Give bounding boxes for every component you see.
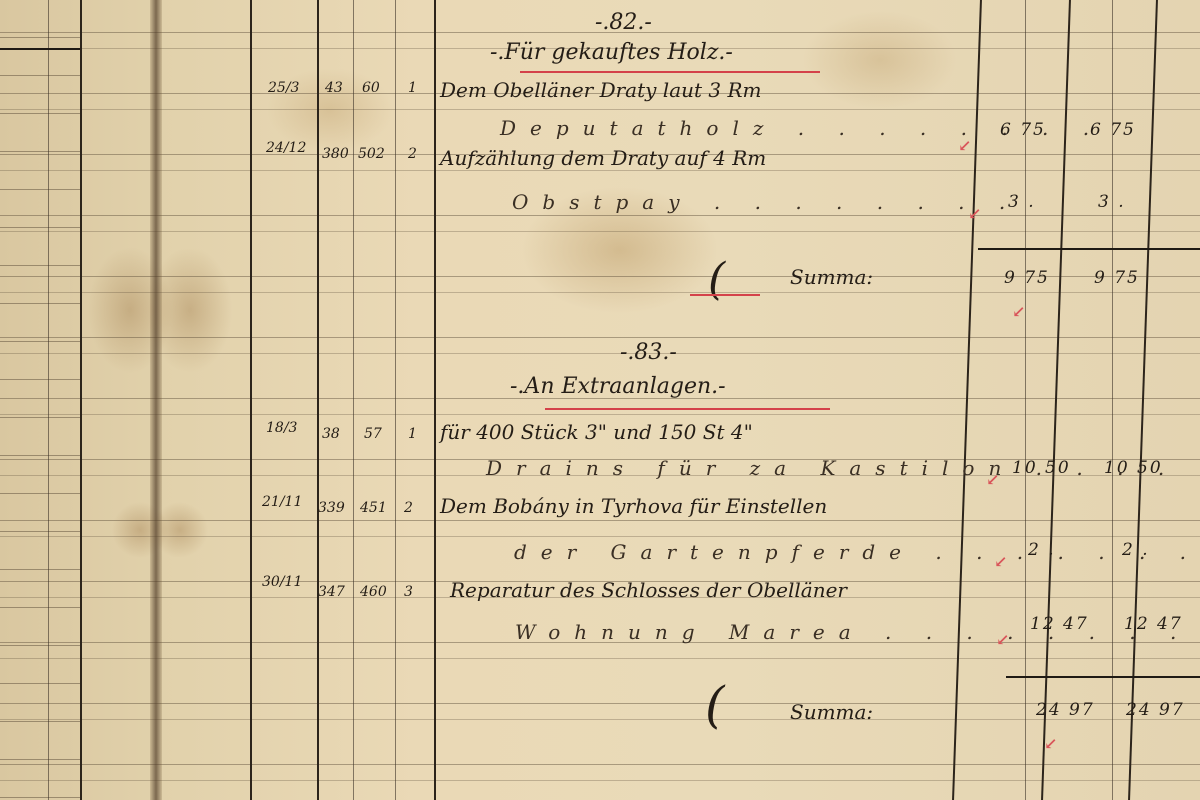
entry-description-line2: der Gartenpferde . . . . . . . . [514,540,1200,564]
section-number-82: -.82.- [595,10,652,35]
entry-description-line2: Drains für za Kastilon . . . . . . [486,456,1200,480]
entry-description-line1: für 400 Stück 3" und 150 St 4" [440,420,753,444]
summa-label-82: Summa: [790,265,873,289]
left-page-rule [0,48,80,50]
entry-ref2: 502 [358,146,385,162]
entry-description-line1: Dem Bobány in Tyrhova für Einstellen [440,494,827,518]
subtotal-rule-83 [1006,676,1200,678]
ledger-page: -.82.- -.Für gekauftes Holz.- 25/3 43 60… [0,0,1200,800]
entry-amount-a: 6 75 [1000,120,1046,140]
red-underline-83 [545,408,830,410]
summa-label-83: Summa: [790,700,873,724]
red-underline-82 [520,71,820,73]
entry-description-line1: Dem Obelläner Draty laut 3 Rm [440,78,762,102]
entry-ref3: 1 [408,426,417,442]
entry-date: 21/11 [262,494,302,510]
entry-ref3: 1 [408,80,417,96]
entry-ref1: 43 [325,80,343,96]
entry-date: 18/3 [266,420,297,436]
entry-ref1: 339 [318,500,345,516]
entry-ref3: 2 [404,500,413,516]
red-check-mark: ↙ [1012,302,1025,321]
book-binding-gutter [150,0,162,800]
red-check-mark: ↙ [986,470,999,489]
red-mark-82 [690,294,760,296]
entry-ref3: 3 [404,584,413,600]
left-page-column-line [48,0,49,800]
entry-amount-b: 2 . [1122,540,1150,560]
column-line-ref2 [395,0,396,800]
entry-ref2: 60 [362,80,380,96]
summa-amount-b-83: 24 97 [1126,700,1185,720]
summa-amount-a-82: 9 75 [1004,268,1050,288]
entry-ref1: 38 [322,426,340,442]
red-check-mark: ↙ [958,136,971,155]
entry-amount-a: 2 . [1028,540,1056,560]
entry-description-line1: Aufzählung dem Draty auf 4 Rm [440,146,766,170]
entry-ref2: 460 [360,584,387,600]
entry-description-line2: Wohnung Marea . . . . . . . . [515,620,1190,644]
entry-amount-b: 12 47 [1124,614,1183,634]
entry-amount-b: 10 50 [1104,458,1163,478]
entry-description-line1: Reparatur des Schlosses der Obelläner [450,578,847,602]
entry-amount-b: 3 . [1098,192,1126,212]
summa-brace-83: ( [705,680,725,730]
entry-ref1: 347 [318,584,345,600]
red-check-mark: ↙ [994,552,1007,571]
red-check-mark: ↙ [1044,734,1057,753]
red-check-mark: ↙ [996,630,1009,649]
entry-amount-a: 10 50 [1012,458,1071,478]
column-line-ref1 [353,0,354,800]
section-title-83: -.An Extraanlagen.- [510,374,726,399]
red-check-mark: ↙ [968,204,981,223]
entry-amount-a: 3 . [1008,192,1036,212]
entry-description-line2: Obstpay . . . . . . . . [512,190,1019,214]
entry-ref1: 380 [322,146,349,162]
entry-ref2: 57 [364,426,382,442]
entry-date: 25/3 [268,80,299,96]
summa-amount-b-82: 9 75 [1094,268,1140,288]
column-line-description [434,0,436,800]
subtotal-rule-82 [978,248,1200,250]
section-number-83: -.83.- [620,340,677,365]
entry-date: 30/11 [262,574,302,590]
entry-ref3: 2 [408,146,417,162]
summa-amount-a-83: 24 97 [1036,700,1095,720]
section-title-82: -.Für gekauftes Holz.- [490,40,733,65]
left-page-ruled-lines [0,0,80,800]
entry-ref2: 451 [360,500,387,516]
entry-amount-a: 12 47 [1030,614,1089,634]
column-line-margin [250,0,252,800]
column-line-date [317,0,319,800]
left-page-border-line [80,0,82,800]
entry-date: 24/12 [266,140,306,156]
entry-amount-b: 6 75 [1090,120,1136,140]
